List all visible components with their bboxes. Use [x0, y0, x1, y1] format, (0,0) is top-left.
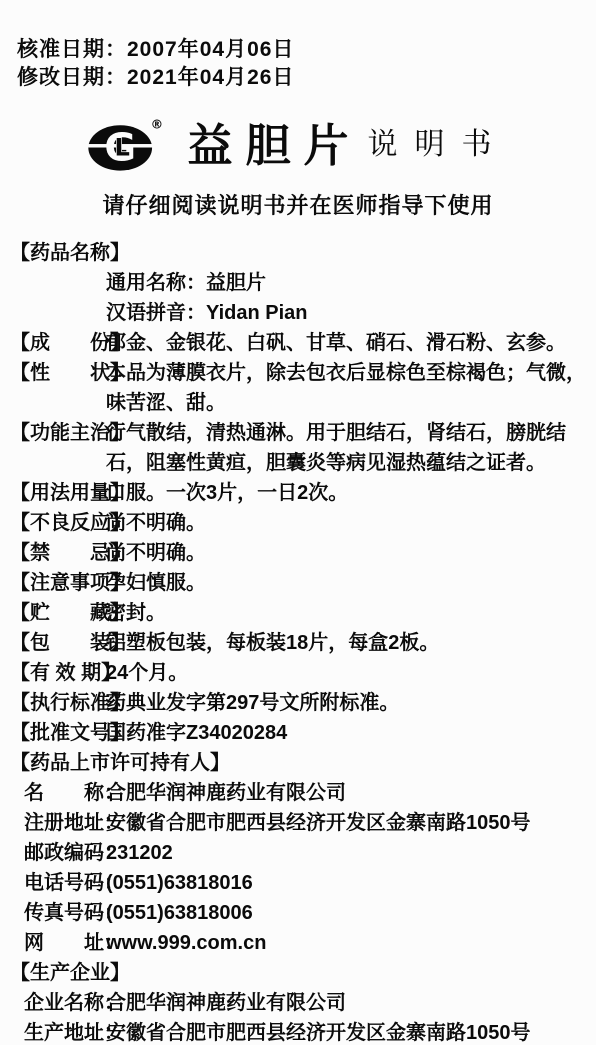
section-content-storage: 密封。 — [106, 598, 596, 628]
registered-address-line: 注册地址： 安徽省合肥市肥西县经济开发区金寨南路1050号 — [0, 808, 596, 838]
logo-letter-l: L — [115, 134, 130, 162]
title-block: G L ® 益胆片 说明书 — [0, 116, 596, 174]
section-content-description: 本品为薄膜衣片，除去包衣后显棕色至棕褐色；气微，味苦涩、甜。 — [106, 358, 596, 418]
section-row-validity: 【有 效 期】 24个月。 — [0, 658, 596, 688]
section-label-manufacturer: 【生产企业】 — [0, 958, 136, 988]
section-label-packaging: 【包 装】 — [0, 628, 106, 658]
section-label-precautions: 【注意事项】 — [0, 568, 106, 598]
section-label-approval-number: 【批准文号】 — [0, 718, 106, 748]
brand-logo-icon: G L ® — [87, 117, 165, 173]
website-label: 网 址： — [0, 928, 106, 958]
usage-notice: 请仔细阅读说明书并在医师指导下使用 — [0, 189, 596, 220]
website-line: 网 址： www.999.com.cn — [0, 928, 596, 958]
website-value: www.999.com.cn — [106, 928, 596, 958]
registered-trademark-icon: ® — [151, 117, 164, 132]
section-content-packaging: 铝塑板包装，每板装18片，每盒2板。 — [106, 628, 596, 658]
product-title: 益胆片 — [187, 123, 361, 168]
section-row-approval-number: 【批准文号】 国药准字Z34020284 — [0, 718, 596, 748]
approval-date-value: 2007年04月06日 — [127, 38, 294, 61]
holder-name-line: 名 称： 合肥华润神鹿药业有限公司 — [0, 778, 596, 808]
section-label-functions-indications: 【功能主治】 — [0, 418, 106, 478]
section-content-functions-indications: 行气散结，清热通淋。用于胆结石，肾结石，膀胱结石，阻塞性黄疸，胆囊炎等病见湿热蕴… — [106, 418, 596, 478]
section-content-contraindications: 尚不明确。 — [106, 538, 596, 568]
section-label-holder: 【药品上市许可持有人】 — [0, 748, 236, 778]
approval-date-label: 核准日期： — [17, 38, 127, 61]
postal-code-line: 邮政编码： 231202 — [0, 838, 596, 868]
section-label-validity: 【有 效 期】 — [0, 658, 106, 688]
postal-code-value: 231202 — [106, 838, 596, 868]
generic-name-line: 通用名称： 益胆片 — [0, 268, 596, 298]
section-content-dosage: 口服。一次3片，一日2次。 — [106, 478, 596, 508]
section-row-packaging: 【包 装】 铝塑板包装，每板装18片，每盒2板。 — [0, 628, 596, 658]
revision-date-value: 2021年04月26日 — [127, 66, 294, 89]
pinyin-line: 汉语拼音： Yidan Pian — [0, 298, 596, 328]
production-address-value: 安徽省合肥市肥西县经济开发区金寨南路1050号 — [106, 1018, 596, 1045]
registered-address-value: 安徽省合肥市肥西县经济开发区金寨南路1050号 — [106, 808, 596, 838]
section-label-dosage: 【用法用量】 — [0, 478, 106, 508]
fax-label: 传真号码： — [0, 898, 106, 928]
holder-name-value: 合肥华润神鹿药业有限公司 — [106, 778, 596, 808]
section-row-drug-name: 【药品名称】 — [0, 238, 596, 268]
section-row-storage: 【贮 藏】 密封。 — [0, 598, 596, 628]
generic-name-value: 益胆片 — [206, 268, 596, 298]
section-row-manufacturer: 【生产企业】 — [0, 958, 596, 988]
section-row-contraindications: 【禁 忌】 尚不明确。 — [0, 538, 596, 568]
section-row-dosage: 【用法用量】 口服。一次3片，一日2次。 — [0, 478, 596, 508]
pinyin-label: 汉语拼音： — [106, 298, 206, 328]
section-content-standard: 药典业发字第297号文所附标准。 — [106, 688, 596, 718]
section-content-approval-number: 国药准字Z34020284 — [106, 718, 596, 748]
revision-date-line: 修改日期：2021年04月26日 — [17, 64, 596, 92]
section-row-functions-indications: 【功能主治】 行气散结，清热通淋。用于胆结石，肾结石，膀胱结石，阻塞性黄疸，胆囊… — [0, 418, 596, 478]
telephone-label: 电话号码： — [0, 868, 106, 898]
production-address-line: 生产地址： 安徽省合肥市肥西县经济开发区金寨南路1050号 — [0, 1018, 596, 1045]
section-label-adverse-reactions: 【不良反应】 — [0, 508, 106, 538]
section-row-composition: 【成 份】 郁金、金银花、白矾、甘草、硝石、滑石粉、玄参。 — [0, 328, 596, 358]
fax-line: 传真号码： (0551)63818006 — [0, 898, 596, 928]
section-content-composition: 郁金、金银花、白矾、甘草、硝石、滑石粉、玄参。 — [106, 328, 596, 358]
section-content-validity: 24个月。 — [106, 658, 596, 688]
section-label-storage: 【贮 藏】 — [0, 598, 106, 628]
telephone-value: (0551)63818016 — [106, 868, 596, 898]
production-address-label: 生产地址： — [0, 1018, 106, 1045]
pinyin-value: Yidan Pian — [206, 298, 596, 328]
date-block: 核准日期：2007年04月06日 修改日期：2021年04月26日 — [0, 0, 596, 92]
telephone-line: 电话号码： (0551)63818016 — [0, 868, 596, 898]
fax-value: (0551)63818006 — [106, 898, 596, 928]
holder-name-label: 名 称： — [0, 778, 106, 808]
postal-code-label: 邮政编码： — [0, 838, 106, 868]
approval-date-line: 核准日期：2007年04月06日 — [17, 36, 596, 64]
registered-address-label: 注册地址： — [0, 808, 106, 838]
revision-date-label: 修改日期： — [17, 66, 127, 89]
section-row-standard: 【执行标准】 药典业发字第297号文所附标准。 — [0, 688, 596, 718]
insert-body: 【药品名称】 通用名称： 益胆片 汉语拼音： Yidan Pian 【成 份】 … — [0, 238, 596, 1045]
section-row-precautions: 【注意事项】 孕妇慎服。 — [0, 568, 596, 598]
section-row-holder: 【药品上市许可持有人】 — [0, 748, 596, 778]
drug-package-insert: 核准日期：2007年04月06日 修改日期：2021年04月26日 G L ® … — [0, 0, 596, 1045]
generic-name-label: 通用名称： — [106, 268, 206, 298]
section-row-description: 【性 状】 本品为薄膜衣片，除去包衣后显棕色至棕褐色；气微，味苦涩、甜。 — [0, 358, 596, 418]
section-label-description: 【性 状】 — [0, 358, 106, 418]
section-label-drug-name: 【药品名称】 — [0, 238, 136, 268]
section-label-contraindications: 【禁 忌】 — [0, 538, 106, 568]
section-label-standard: 【执行标准】 — [0, 688, 106, 718]
manufacturer-name-value: 合肥华润神鹿药业有限公司 — [106, 988, 596, 1018]
insert-title-suffix: 说明书 — [368, 130, 509, 160]
manufacturer-name-label: 企业名称： — [0, 988, 106, 1018]
manufacturer-name-line: 企业名称： 合肥华润神鹿药业有限公司 — [0, 988, 596, 1018]
section-content-adverse-reactions: 尚不明确。 — [106, 508, 596, 538]
section-row-adverse-reactions: 【不良反应】 尚不明确。 — [0, 508, 596, 538]
section-label-composition: 【成 份】 — [0, 328, 106, 358]
section-content-precautions: 孕妇慎服。 — [106, 568, 596, 598]
